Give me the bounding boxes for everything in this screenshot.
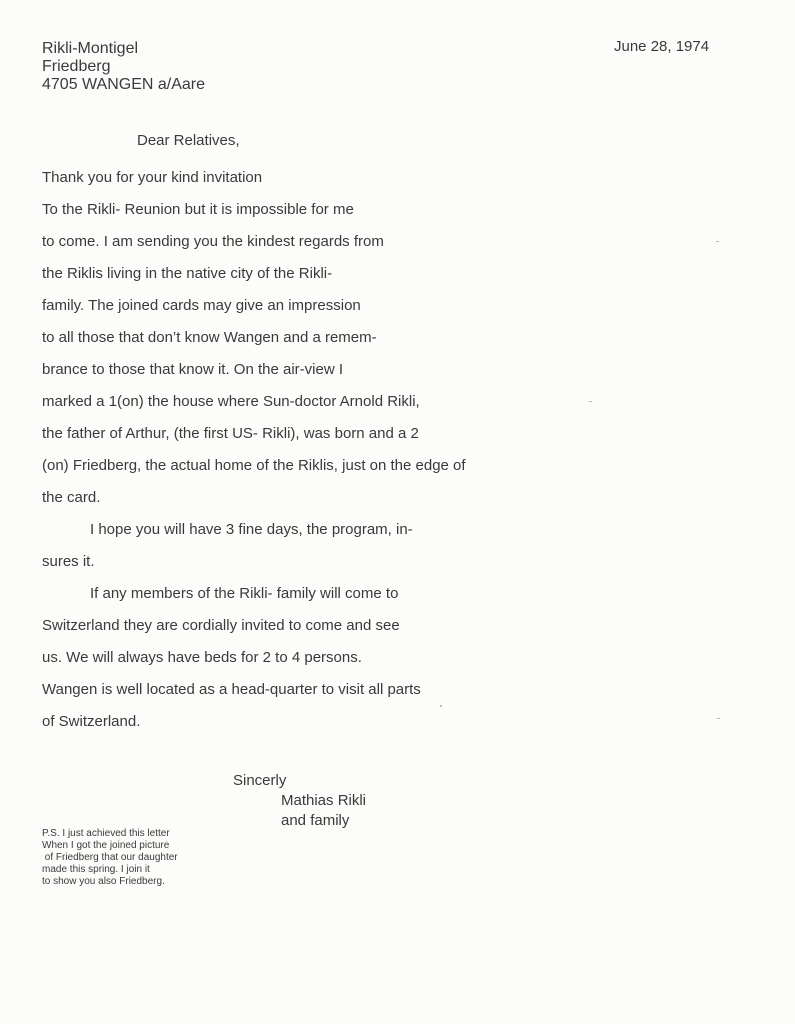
- letter-body: Thank you for your kind invitationTo the…: [42, 168, 466, 744]
- scan-speck: [440, 705, 442, 707]
- body-line: I hope you will have 3 fine days, the pr…: [42, 520, 466, 552]
- body-line: to come. I am sending you the kindest re…: [42, 232, 466, 264]
- postscript-line: to show you also Friedberg.: [42, 876, 178, 888]
- body-line: the Riklis living in the native city of …: [42, 264, 466, 296]
- letter-date: June 28, 1974: [614, 38, 709, 55]
- signature-name: Mathias Rikli: [233, 791, 366, 811]
- postscript-line: P.S. I just achieved this letter: [42, 828, 178, 840]
- body-line: Switzerland they are cordially invited t…: [42, 616, 466, 648]
- body-line: sures it.: [42, 552, 466, 584]
- body-line: of Switzerland.: [42, 712, 466, 744]
- sender-name: Rikli-Montigel: [42, 40, 205, 58]
- valediction: Sincerly: [233, 771, 366, 791]
- salutation: Dear Relatives,: [137, 132, 240, 149]
- body-line: marked a 1(on) the house where Sun-docto…: [42, 392, 466, 424]
- letter-page: Rikli-Montigel Friedberg 4705 WANGEN a/A…: [0, 0, 795, 1024]
- body-line: family. The joined cards may give an imp…: [42, 296, 466, 328]
- body-line: Thank you for your kind invitation: [42, 168, 466, 200]
- body-line: (on) Friedberg, the actual home of the R…: [42, 456, 466, 488]
- body-line: Wangen is well located as a head-quarter…: [42, 680, 466, 712]
- postscript-line: of Friedberg that our daughter: [42, 852, 178, 864]
- postscript: P.S. I just achieved this letterWhen I g…: [42, 828, 178, 888]
- postscript-line: When I got the joined picture: [42, 840, 178, 852]
- sender-city: 4705 WANGEN a/Aare: [42, 76, 205, 94]
- signature-family: and family: [233, 811, 366, 831]
- sender-street: Friedberg: [42, 58, 205, 76]
- postscript-line: made this spring. I join it: [42, 864, 178, 876]
- scan-speck: [716, 241, 719, 242]
- sender-address: Rikli-Montigel Friedberg 4705 WANGEN a/A…: [42, 40, 205, 94]
- body-line: to all those that don’t know Wangen and …: [42, 328, 466, 360]
- body-line: To the Rikli- Reunion but it is impossib…: [42, 200, 466, 232]
- body-line: the card.: [42, 488, 466, 520]
- body-line: the father of Arthur, (the first US- Rik…: [42, 424, 466, 456]
- closing: Sincerly Mathias Rikli and family: [233, 771, 366, 831]
- body-line: brance to those that know it. On the air…: [42, 360, 466, 392]
- body-line: us. We will always have beds for 2 to 4 …: [42, 648, 466, 680]
- scan-speck: [589, 401, 592, 402]
- body-line: If any members of the Rikli- family will…: [42, 584, 466, 616]
- scan-speck: [717, 718, 720, 719]
